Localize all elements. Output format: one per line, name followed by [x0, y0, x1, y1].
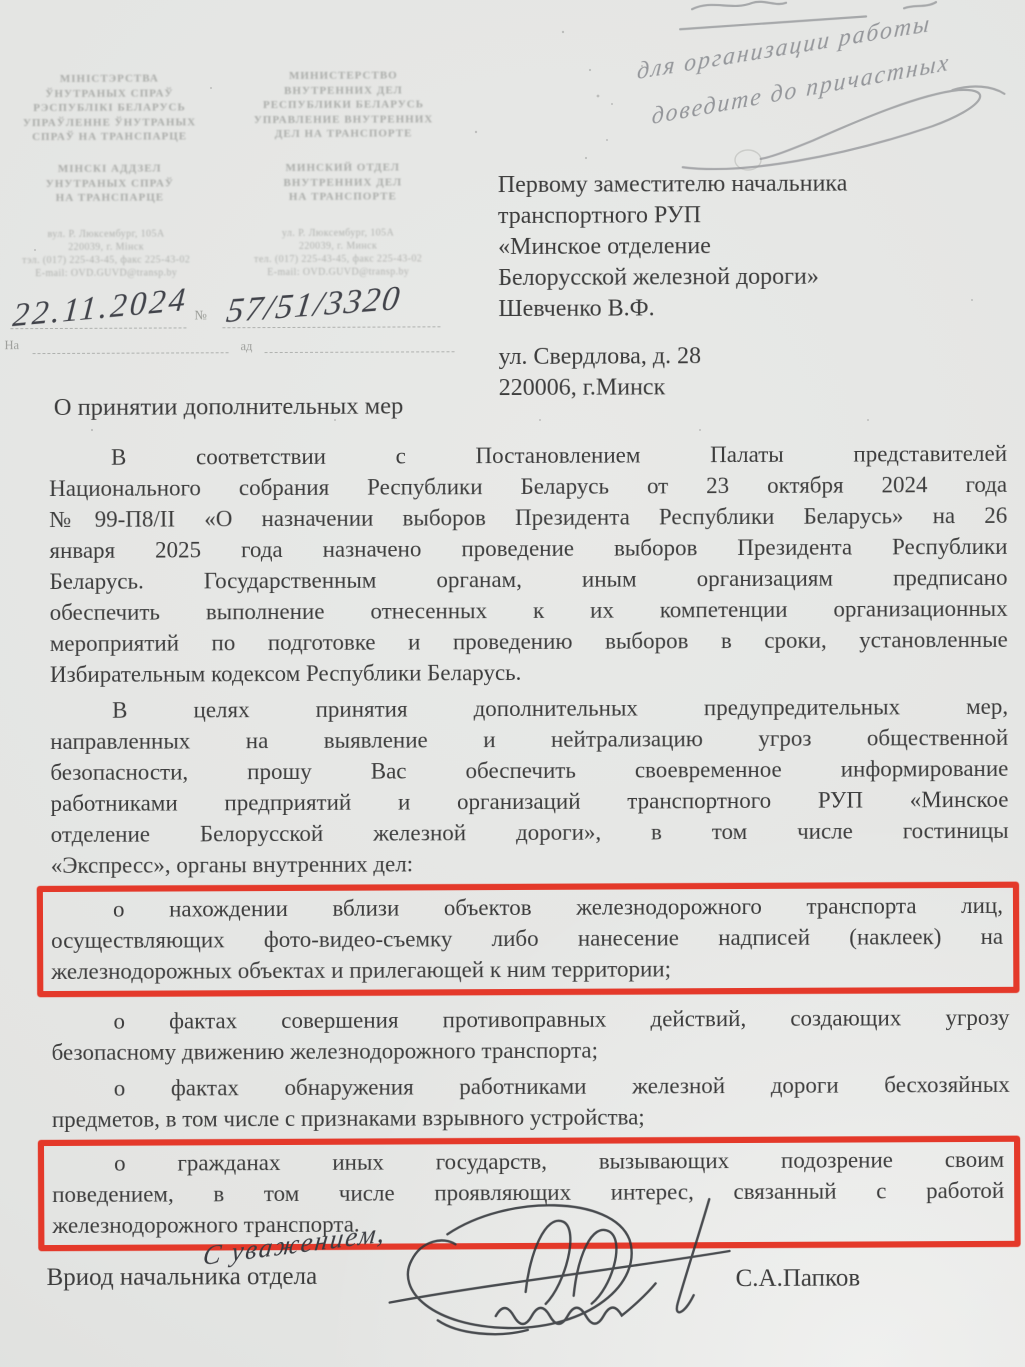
text-line: УПРАЎЛЕННЕ ЎНУТРАНЫХ	[12, 115, 208, 130]
paragraph-line: поведением, в том числе проявляющих инте…	[52, 1175, 1004, 1210]
paragraph-line: №99-П8/II «О назначении выборов Президен…	[49, 500, 1007, 535]
paragraph-line: направленных на выявление и нейтрализаци…	[50, 722, 1008, 757]
text-line: ВНУТРЕННИХ ДЕЛ	[236, 175, 450, 190]
paragraph-line: железнодорожного транспорта.	[52, 1206, 1004, 1241]
recipient-block: Первому заместителю начальникатранспортн…	[498, 168, 939, 404]
text-line: 220006, г.Минск	[499, 371, 939, 404]
red-highlight-box: о нахождении вблизи объектов железнодоро…	[37, 882, 1019, 997]
paragraph-line: мероприятий по подготовке и проведению в…	[50, 624, 1008, 659]
letterhead-right-address: ул. Р. Люксембург, 105А220039, г. Минскт…	[210, 226, 466, 279]
date-underline	[10, 327, 186, 329]
text-line: Белорусской железной дороги»	[498, 261, 938, 294]
number-underline	[222, 326, 440, 328]
ad-underline	[265, 351, 455, 353]
scanned-letter-page: МІНІСТЭРСТВАЎНУТРАНЫХ СПРАЎРЭСПУБЛІКІ БЕ…	[0, 0, 1025, 1367]
paragraph-line: о фактах совершения противоправных дейст…	[51, 1002, 1009, 1037]
text-line: УНУТРАНЫХ СПРАЎ	[24, 176, 196, 191]
paragraph-line: работниками предприятий и организаций тр…	[50, 784, 1008, 819]
paragraph: В целях принятия дополнительных предупре…	[50, 691, 1009, 881]
text-line: РЕСПУБЛИКИ БЕЛАРУСЬ	[221, 97, 465, 113]
paragraph-line: Национального собрания Республики Белару…	[49, 469, 1007, 504]
signer-name: С.А.Папков	[736, 1264, 861, 1293]
text-line: E-mail: OVD.GUVD@transp.by	[2, 266, 210, 280]
paragraph-line: января 2025 года назначено проведение вы…	[49, 531, 1007, 566]
text-line: Первому заместителю начальника	[498, 168, 938, 201]
text-line: 220039, г. Минск	[210, 239, 466, 253]
paragraph: В соответствии с Постановлением Палаты п…	[49, 438, 1008, 690]
document-body: В соответствии с Постановлением Палаты п…	[49, 438, 1011, 1260]
text-line: РЭСПУБЛІКІ БЕЛАРУСЬ	[11, 100, 207, 115]
text-line: вул. Р. Люксембург, 105А	[2, 227, 210, 241]
paragraph-line: Избирательным кодексом Республики Белару…	[50, 655, 1008, 690]
paragraph-line: В соответствии с Постановлением Палаты п…	[49, 438, 1007, 473]
recipient-lines: Первому заместителю начальникатранспортн…	[498, 168, 939, 325]
text-line: ЎНУТРАНЫХ СПРАЎ	[11, 86, 207, 101]
paragraph-line: о нахождении вблизи объектов железнодоро…	[51, 890, 1003, 925]
paragraph-line: безопасному движению железнодорожного тр…	[52, 1033, 1010, 1068]
text-line: «Минское отделение	[498, 230, 938, 263]
text-line: ул. Р. Люксембург, 105А	[210, 226, 466, 240]
subject-line: О принятии дополнительных мер	[54, 392, 404, 422]
na-label: На	[4, 338, 19, 353]
na-underline	[33, 352, 229, 354]
paragraph-line: Беларусь. Государственным органам, иным …	[49, 562, 1007, 597]
paragraph-line: В целях принятия дополнительных предупре…	[50, 691, 1008, 726]
letterhead-right-ministry: МИНИСТЕРСТВОВНУТРЕННИХ ДЕЛРЕСПУБЛИКИ БЕЛ…	[221, 68, 465, 142]
number-sign-label: №	[194, 307, 206, 323]
paragraph-line: предметов, в том числе с признаками взры…	[52, 1100, 1010, 1135]
text-line: ул. Свердлова, д. 28	[499, 340, 939, 373]
text-line: Шевченко В.Ф.	[498, 292, 938, 325]
signer-position-title: Вриод начальника отдела	[47, 1263, 318, 1292]
text-line: транспортного РУП	[498, 199, 938, 232]
recipient-address: ул. Свердлова, д. 28220006, г.Минск	[499, 340, 939, 404]
paragraph-line: отделение Белорусской железной дороги», …	[51, 815, 1009, 850]
text-line: СПРАЎ НА ТРАНСПАРЦЕ	[12, 129, 208, 144]
text-line: МІНІСТЭРСТВА	[11, 71, 207, 86]
paragraph-line: «Экспресс», органы внутренних дел:	[51, 846, 1009, 881]
letterhead-right-unit: МИНСКИЙ ОТДЕЛВНУТРЕННИХ ДЕЛНА ТРАНСПОРТЕ	[236, 160, 450, 204]
text-line: МИНИСТЕРСТВО	[221, 68, 465, 84]
paragraph: о граждан­ах иных государств, вызывающих…	[52, 1144, 1004, 1241]
text-line: тел. (017) 225-43-45, факс 225-43-02	[210, 252, 466, 266]
red-highlight-box: о граждан­ах иных государств, вызывающих…	[38, 1136, 1020, 1251]
text-line: МИНСКИЙ ОТДЕЛ	[236, 160, 450, 175]
text-line: 220039, г. Мінск	[2, 240, 210, 254]
paragraph: о нахождении вблизи объектов железнодоро…	[51, 890, 1003, 987]
handwritten-outgoing-number: 57/51/3320	[224, 276, 449, 331]
paragraph-line: о граждан­ах иных государств, вызывающих…	[52, 1144, 1004, 1179]
paragraph-line: о фактах обнаружения работниками железно…	[52, 1069, 1010, 1104]
text-line: НА ТРАНСПОРТЕ	[236, 189, 450, 204]
text-line: УПРАВЛЕНИЕ ВНУТРЕННИХ	[222, 112, 466, 128]
letterhead-left-ministry: МІНІСТЭРСТВАЎНУТРАНЫХ СПРАЎРЭСПУБЛІКІ БЕ…	[11, 71, 207, 144]
ad-label: ад	[240, 339, 252, 354]
paragraph-line: железнодорожных объектах и прилегающей к…	[51, 952, 1003, 987]
text-line: тэл. (017) 225-43-45, факс 225-43-02	[2, 253, 210, 267]
paragraph: о фактах совершения противоправных дейст…	[51, 1002, 1009, 1068]
paragraph: о фактах обнаружения работниками железно…	[52, 1069, 1010, 1135]
text-line: ДЕЛ НА ТРАНСПОРТЕ	[222, 126, 466, 142]
paragraph-line: безопасности, прошу Вас обеспечить своев…	[50, 753, 1008, 788]
text-line: ВНУТРЕННИХ ДЕЛ	[221, 83, 465, 99]
paragraph-line: осуществляющих фото-видео-съемку либо на…	[51, 921, 1003, 956]
paragraph-line: обеспечить выполнение отнесенных к их ко…	[50, 593, 1008, 628]
text-line: НА ТРАНСПАРЦЕ	[24, 190, 196, 205]
text-line: МІНСКІ АДДЗЕЛ	[24, 161, 196, 176]
letterhead-left-address: вул. Р. Люксембург, 105А220039, г. Мінск…	[2, 227, 210, 280]
letterhead-left-unit: МІНСКІ АДДЗЕЛУНУТРАНЫХ СПРАЎНА ТРАНСПАРЦ…	[24, 161, 196, 205]
